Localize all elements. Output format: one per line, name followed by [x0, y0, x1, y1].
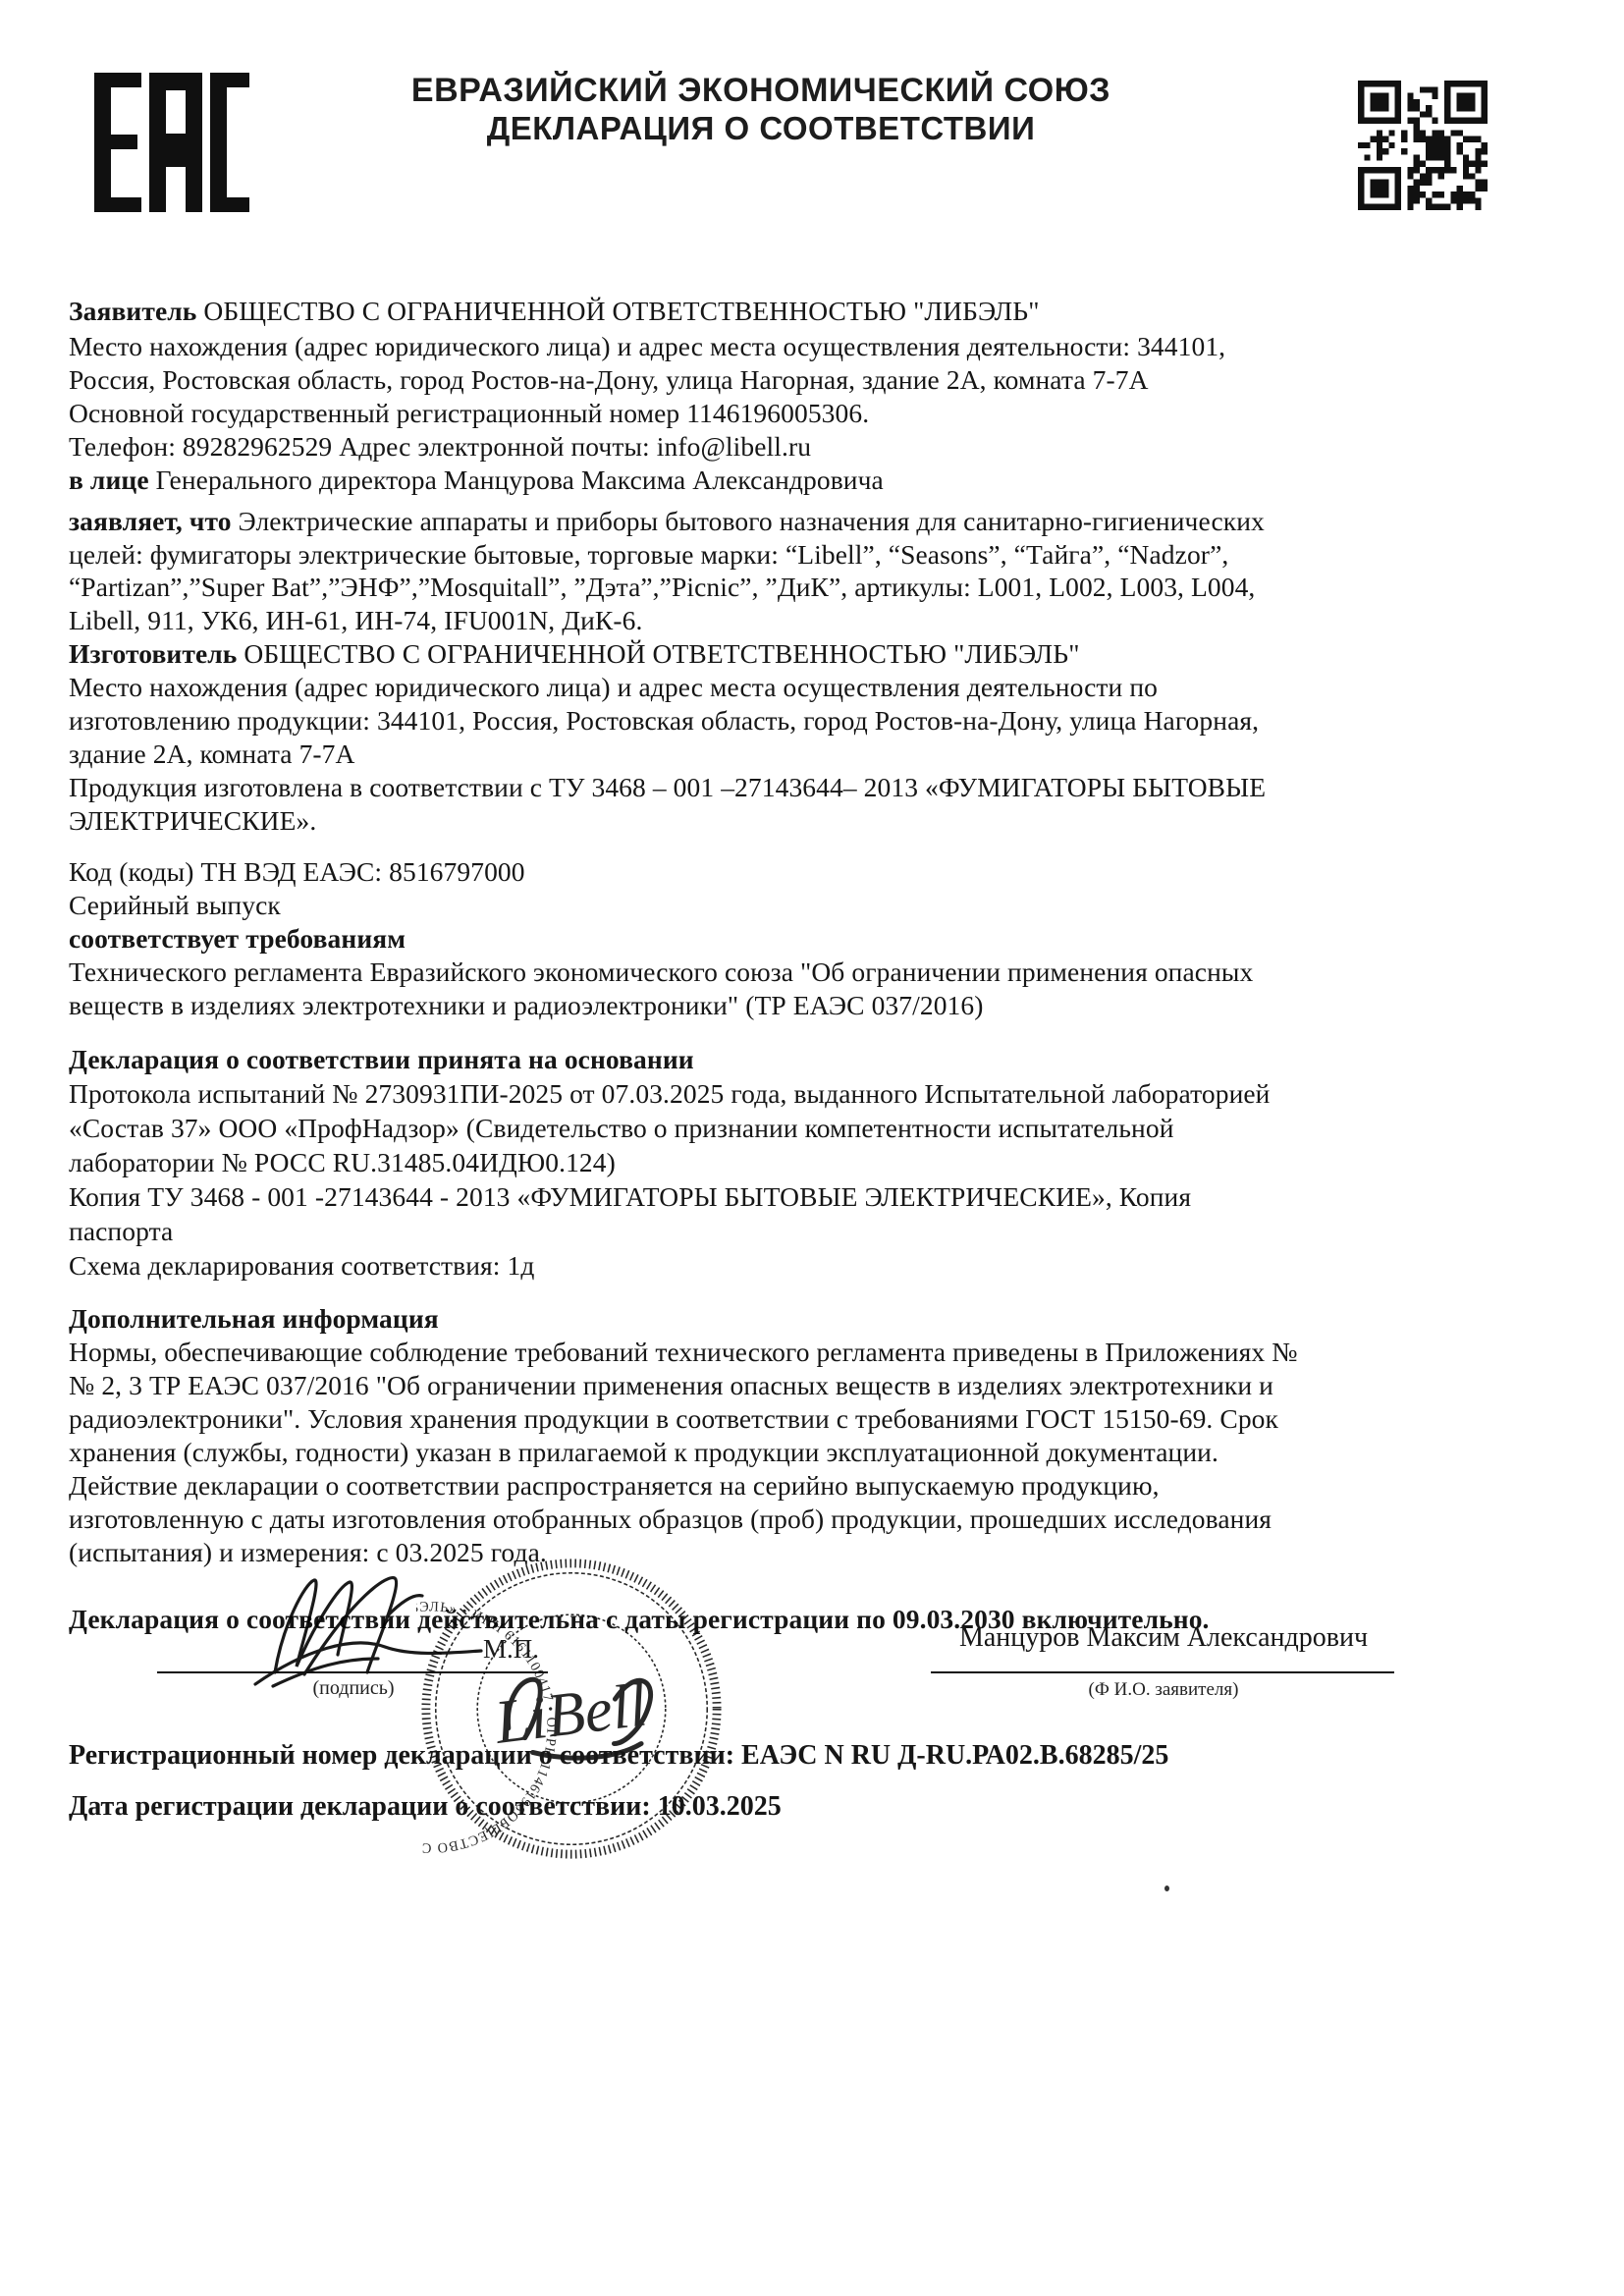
name-line	[931, 1671, 1394, 1673]
registration-number: Регистрационный номер декларации о соотв…	[69, 1740, 1571, 1772]
line-lead: заявляет, что	[69, 506, 232, 536]
qr-code	[1355, 81, 1490, 210]
line-text: Продукция изготовлена в соответствии с Т…	[69, 772, 1266, 802]
line-text: Телефон: 89282962529 Адрес электронной п…	[69, 431, 811, 462]
line-lead: в лице	[69, 465, 149, 495]
text-line: соответствует требованиям	[69, 922, 1571, 955]
line-text: здание 2А, комната 7-7А	[69, 738, 355, 769]
text-line: Изготовитель ОБЩЕСТВО С ОГРАНИЧЕННОЙ ОТВ…	[69, 637, 1571, 670]
line-text: Место нахождения (адрес юридического лиц…	[69, 672, 1158, 702]
signature-caption: (подпись)	[226, 1677, 481, 1700]
line-text: Копия ТУ 3468 - 001 -27143644 - 2013 «ФУ…	[69, 1181, 1191, 1212]
line-lead: Заявитель	[69, 296, 196, 326]
text-line: Место нахождения (адрес юридического лиц…	[69, 671, 1571, 703]
text-line: Копия ТУ 3468 - 001 -27143644 - 2013 «ФУ…	[69, 1180, 1571, 1213]
line-text: лаборатории № РОСС RU.31485.04ИДЮ0.124)	[69, 1147, 616, 1177]
line-text: Протокола испытаний № 2730931ПИ-2025 от …	[69, 1078, 1271, 1109]
name-caption: (Ф И.О. заявителя)	[1016, 1679, 1311, 1701]
line-text: ЭЛЕКТРИЧЕСКИЕ».	[69, 805, 316, 836]
text-line: Телефон: 89282962529 Адрес электронной п…	[69, 430, 1571, 463]
line-text: Электрические аппараты и приборы бытовог…	[232, 506, 1265, 536]
text-line: Код (коды) ТН ВЭД ЕАЭС: 8516797000	[69, 855, 1571, 888]
line-text: Нормы, обеспечивающие соблюдение требова…	[69, 1337, 1298, 1367]
text-line: Декларация о соответствии принята на осн…	[69, 1043, 1571, 1075]
line-text: Россия, Ростовская область, город Ростов…	[69, 364, 1149, 395]
union-name: ЕВРАЗИЙСКИЙ ЭКОНОМИЧЕСКИЙ СОЮЗ	[353, 71, 1168, 110]
text-line: Место нахождения (адрес юридического лиц…	[69, 330, 1571, 362]
line-lead: соответствует требованиям	[69, 923, 406, 954]
eac-logo	[92, 73, 251, 212]
text-line: Нормы, обеспечивающие соблюдение требова…	[69, 1336, 1571, 1368]
line-lead: Декларация о соответствии принята на осн…	[69, 1044, 694, 1074]
line-text: ОБЩЕСТВО С ОГРАНИЧЕННОЙ ОТВЕТСТВЕННОСТЬЮ…	[237, 638, 1079, 669]
text-line: Действие декларации о соответствии распр…	[69, 1469, 1571, 1502]
line-text: изготовлению продукции: 344101, Россия, …	[69, 705, 1259, 736]
line-text: радиоэлектроники". Условия хранения прод…	[69, 1403, 1278, 1434]
text-line: целей: фумигаторы электрические бытовые,…	[69, 538, 1571, 571]
line-text: Основной государственный регистрационный…	[69, 398, 869, 428]
text-line: Продукция изготовлена в соответствии с Т…	[69, 771, 1571, 803]
line-lead: Дополнительная информация	[69, 1303, 439, 1334]
doc-type: ДЕКЛАРАЦИЯ О СООТВЕТСТВИИ	[353, 110, 1168, 147]
text-line: Серийный выпуск	[69, 889, 1571, 921]
applicant-name: Манцуров Максим Александрович	[933, 1622, 1394, 1654]
text-line: лаборатории № РОСС RU.31485.04ИДЮ0.124)	[69, 1146, 1571, 1178]
text-line: заявляет, что Электрические аппараты и п…	[69, 505, 1571, 537]
line-text: Место нахождения (адрес юридического лиц…	[69, 331, 1225, 361]
text-line: паспорта	[69, 1215, 1571, 1247]
text-line: Протокола испытаний № 2730931ПИ-2025 от …	[69, 1077, 1571, 1110]
text-line: Схема декларирования соответствия: 1д	[69, 1249, 1571, 1282]
line-text: Libell, 911, УК6, ИН-61, ИН-74, IFU001N,…	[69, 605, 642, 635]
line-text: Технического регламента Евразийского эко…	[69, 957, 1253, 987]
line-text: ОБЩЕСТВО С ОГРАНИЧЕННОЙ ОТВЕТСТВЕННОСТЬЮ…	[196, 296, 1039, 326]
signature-line	[157, 1671, 548, 1673]
text-line: «Состав 37» ООО «ПрофНадзор» (Свидетельс…	[69, 1112, 1571, 1144]
line-lead: Изготовитель	[69, 638, 237, 669]
line-text: Схема декларирования соответствия: 1д	[69, 1250, 534, 1281]
text-line: “Partizan”,”Super Bat”,”ЭНФ”,”Mosquitall…	[69, 571, 1571, 603]
text-line: изготовлению продукции: 344101, Россия, …	[69, 704, 1571, 737]
text-line: ЭЛЕКТРИЧЕСКИЕ».	[69, 804, 1571, 837]
text-line: радиоэлектроники". Условия хранения прод…	[69, 1402, 1571, 1435]
text-line: в лице Генерального директора Манцурова …	[69, 464, 1571, 496]
text-line: веществ в изделиях электротехники и ради…	[69, 989, 1571, 1021]
document-title: ЕВРАЗИЙСКИЙ ЭКОНОМИЧЕСКИЙ СОЮЗ ДЕКЛАРАЦИ…	[353, 71, 1168, 147]
line-text: паспорта	[69, 1216, 173, 1246]
text-line: хранения (службы, годности) указан в при…	[69, 1436, 1571, 1468]
line-text: Серийный выпуск	[69, 890, 281, 920]
text-line: Дополнительная информация	[69, 1302, 1571, 1335]
line-text: изготовленную с даты изготовления отобра…	[69, 1503, 1272, 1534]
line-text: веществ в изделиях электротехники и ради…	[69, 990, 984, 1020]
line-text: Генерального директора Манцурова Максима…	[149, 465, 884, 495]
line-text: «Состав 37» ООО «ПрофНадзор» (Свидетельс…	[69, 1113, 1174, 1143]
text-line: Основной государственный регистрационный…	[69, 397, 1571, 429]
registration-date: Дата регистрации декларации о соответств…	[69, 1791, 1571, 1823]
text-line: изготовленную с даты изготовления отобра…	[69, 1503, 1571, 1535]
text-line: Технического регламента Евразийского эко…	[69, 956, 1571, 988]
line-text: хранения (службы, годности) указан в при…	[69, 1437, 1218, 1467]
line-text: Действие декларации о соответствии распр…	[69, 1470, 1160, 1501]
line-text: “Partizan”,”Super Bat”,”ЭНФ”,”Mosquitall…	[69, 572, 1255, 602]
line-text: № 2, 3 ТР ЕАЭС 037/2016 "Об ограничении …	[69, 1370, 1273, 1400]
text-line: Libell, 911, УК6, ИН-61, ИН-74, IFU001N,…	[69, 604, 1571, 636]
seal-place-label: М.П.	[483, 1634, 539, 1665]
line-text: целей: фумигаторы электрические бытовые,…	[69, 539, 1228, 570]
scan-speck	[1164, 1886, 1169, 1891]
declaration-document: ЕВРАЗИЙСКИЙ ЭКОНОМИЧЕСКИЙ СОЮЗ ДЕКЛАРАЦИ…	[0, 0, 1624, 2296]
text-line: № 2, 3 ТР ЕАЭС 037/2016 "Об ограничении …	[69, 1369, 1571, 1401]
text-line: Россия, Ростовская область, город Ростов…	[69, 363, 1571, 396]
text-line: здание 2А, комната 7-7А	[69, 738, 1571, 770]
line-text: Код (коды) ТН ВЭД ЕАЭС: 8516797000	[69, 856, 525, 887]
text-line: Заявитель ОБЩЕСТВО С ОГРАНИЧЕННОЙ ОТВЕТС…	[69, 295, 1571, 327]
